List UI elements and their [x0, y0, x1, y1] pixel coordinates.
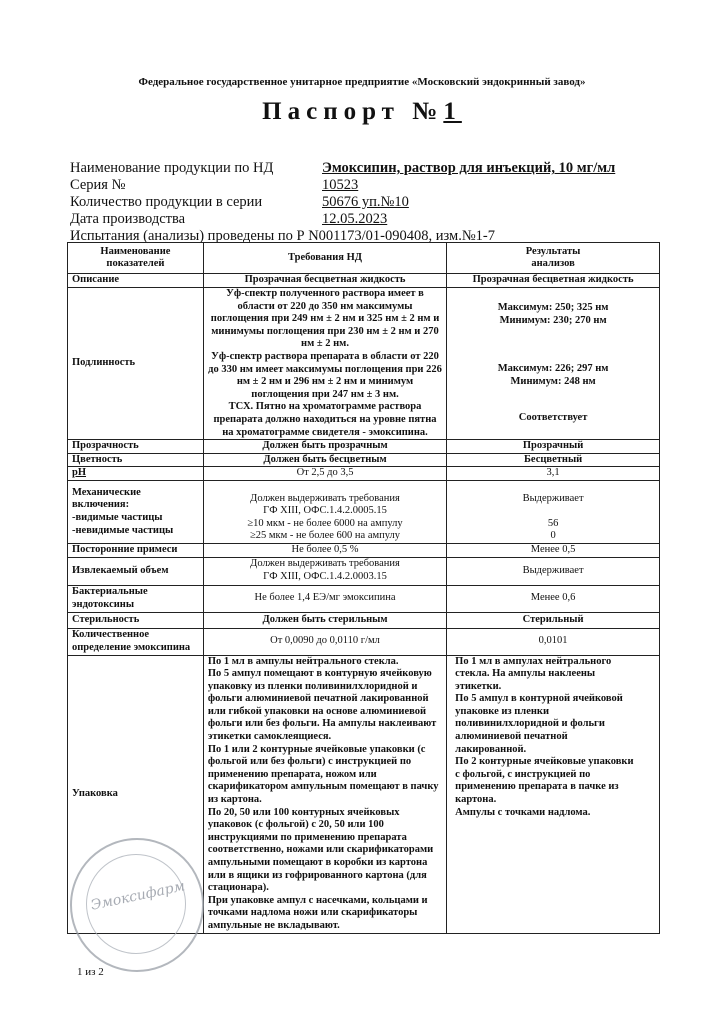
date-label: Дата производства — [70, 211, 322, 228]
table-row: Количественное определение эмоксипина От… — [68, 628, 660, 655]
row-requirement: Должен выдерживать требования ГФ XIII, О… — [203, 480, 446, 543]
result-10um: 56 — [451, 518, 655, 531]
row-requirement: От 0,0090 до 0,0110 г/мл — [203, 628, 446, 655]
result-uv-2-max: Максимум: 226; 297 нм — [451, 363, 655, 376]
title-prefix: Паспорт № — [262, 98, 443, 125]
result-tlc: Соответствует — [451, 412, 655, 425]
row-requirement: От 2,5 до 3,5 — [203, 467, 446, 481]
row-result: Стерильный — [447, 612, 660, 628]
result-visible: Выдерживает — [451, 493, 655, 506]
requirement-tlc: ТСХ. Пятно на хроматограмме раствора пре… — [208, 401, 442, 439]
result-uv-1-min: Минимум: 230; 270 нм — [451, 315, 655, 328]
packaging-req-4: По 20, 50 или 100 контурных ячейковых уп… — [208, 807, 442, 895]
row-requirement: Должен быть бесцветным — [203, 453, 446, 467]
row-result: Менее 0,6 — [447, 585, 660, 612]
row-name: Бактериальные эндотоксины — [68, 585, 204, 612]
requirement-uv-2: Уф-спектр раствора препарата в области о… — [208, 351, 442, 401]
packaging-res-2: По 5 ампул в контурной ячейковой упаковк… — [455, 693, 639, 756]
name-line: эндотоксины — [72, 599, 199, 612]
row-name: Подлинность — [68, 288, 204, 440]
name-line: Бактериальные — [72, 586, 199, 599]
series-value: 10523 — [322, 177, 358, 194]
requirement-line: ≥25 мкм - не более 600 на ампулу — [208, 530, 442, 543]
company-stamp: Эмоксифарм — [70, 838, 204, 972]
title-number: 1 — [443, 98, 462, 125]
row-requirement: Должен быть прозрачным — [203, 440, 446, 454]
requirement-line: ГФ XIII, ОФС.1.4.2.0005.15 — [208, 505, 442, 518]
packaging-req-2: По 5 ампул помещают в контурную ячейкову… — [208, 668, 442, 744]
row-name: Прозрачность — [68, 440, 204, 454]
table-header-row: Наименование показателей Требования НД Р… — [68, 243, 660, 274]
row-name: Цветность — [68, 453, 204, 467]
packaging-req-3: По 1 или 2 контурные ячейковые упаковки … — [208, 744, 442, 807]
row-name: Стерильность — [68, 612, 204, 628]
quantity-value: 50676 уп.№10 — [322, 194, 409, 211]
table-row: Подлинность Уф-спектр полученного раство… — [68, 288, 660, 440]
result-uv-1-max: Максимум: 250; 325 нм — [451, 302, 655, 315]
table-row: Прозрачность Должен быть прозрачным Проз… — [68, 440, 660, 454]
meta-row-product: Наименование продукции по НД Эмоксипин, … — [70, 160, 670, 177]
row-name: Описание — [68, 274, 204, 288]
table-row: pH От 2,5 до 3,5 3,1 — [68, 467, 660, 481]
packaging-res-3: По 2 контурные ячейковые упаковки с фоль… — [455, 756, 639, 806]
row-name: Механические включения: -видимые частицы… — [68, 480, 204, 543]
requirement-line: ГФ XIII, ОФС.1.4.2.0003.15 — [208, 571, 442, 584]
row-result: Прозрачный — [447, 440, 660, 454]
row-requirement: Должен быть стерильным — [203, 612, 446, 628]
header-indicator: Наименование показателей — [68, 243, 204, 274]
row-name: Посторонние примеси — [68, 543, 204, 557]
table-row: Посторонние примеси Не более 0,5 % Менее… — [68, 543, 660, 557]
row-result: Менее 0,5 — [447, 543, 660, 557]
quantity-label: Количество продукции в серии — [70, 194, 322, 211]
row-result: Бесцветный — [447, 453, 660, 467]
name-line: Количественное — [72, 629, 199, 642]
product-value: Эмоксипин, раствор для инъекций, 10 мг/м… — [322, 160, 615, 177]
row-requirement: Уф-спектр полученного раствора имеет в о… — [203, 288, 446, 440]
table-row: Описание Прозрачная бесцветная жидкость … — [68, 274, 660, 288]
result-uv-2-min: Минимум: 248 нм — [451, 376, 655, 389]
name-line: Механические — [72, 487, 199, 500]
row-result: Максимум: 250; 325 нм Минимум: 230; 270 … — [447, 288, 660, 440]
table-row: Цветность Должен быть бесцветным Бесцвет… — [68, 453, 660, 467]
series-label: Серия № — [70, 177, 322, 194]
row-name: Количественное определение эмоксипина — [68, 628, 204, 655]
header-requirements: Требования НД — [203, 243, 446, 274]
meta-row-quantity: Количество продукции в серии 50676 уп.№1… — [70, 194, 670, 211]
requirement-uv-1: Уф-спектр полученного раствора имеет в о… — [208, 288, 442, 351]
organization-name: Федеральное государственное унитарное пр… — [0, 76, 724, 88]
row-requirement: Должен выдерживать требования ГФ XIII, О… — [203, 557, 446, 585]
table-row: Стерильность Должен быть стерильным Стер… — [68, 612, 660, 628]
row-requirement: Не более 0,5 % — [203, 543, 446, 557]
row-result: Выдерживает 56 0 — [447, 480, 660, 543]
date-value: 12.05.2023 — [322, 211, 387, 228]
row-result: Прозрачная бесцветная жидкость — [447, 274, 660, 288]
packaging-res-1: По 1 мл в ампулах нейтрального стекла. Н… — [455, 656, 639, 694]
meta-row-date: Дата производства 12.05.2023 — [70, 211, 670, 228]
specification-table: Наименование показателей Требования НД Р… — [67, 242, 660, 934]
row-requirement: Не более 1,4 ЕЭ/мг эмоксипина — [203, 585, 446, 612]
packaging-req-5: При упаковке ампул с насечками, кольцами… — [208, 895, 442, 933]
name-line: определение эмоксипина — [72, 642, 199, 655]
table-row: Извлекаемый объем Должен выдерживать тре… — [68, 557, 660, 585]
name-line: включения: — [72, 499, 199, 512]
row-requirement: Прозрачная бесцветная жидкость — [203, 274, 446, 288]
row-requirement: По 1 мл в ампулы нейтрального стекла. По… — [203, 655, 446, 933]
requirement-line: Должен выдерживать требования — [208, 493, 442, 506]
row-result: По 1 мл в ампулах нейтрального стекла. Н… — [447, 655, 660, 933]
row-result: 3,1 — [447, 467, 660, 481]
row-result: Выдерживает — [447, 557, 660, 585]
document-title: Паспорт №1 — [0, 98, 724, 126]
packaging-req-1: По 1 мл в ампулы нейтрального стекла. — [208, 656, 442, 669]
name-line: -невидимые частицы — [72, 525, 199, 538]
page-number: 1 из 2 — [77, 966, 104, 978]
row-result: 0,0101 — [447, 628, 660, 655]
requirement-line: Должен выдерживать требования — [208, 558, 442, 571]
meta-row-series: Серия № 10523 — [70, 177, 670, 194]
row-name: Извлекаемый объем — [68, 557, 204, 585]
packaging-res-4: Ампулы с точками надлома. — [455, 807, 639, 820]
product-meta: Наименование продукции по НД Эмоксипин, … — [70, 160, 670, 245]
product-label: Наименование продукции по НД — [70, 160, 322, 177]
table-row: Бактериальные эндотоксины Не более 1,4 Е… — [68, 585, 660, 612]
header-results: Результаты анализов — [447, 243, 660, 274]
name-line: -видимые частицы — [72, 512, 199, 525]
result-25um: 0 — [451, 530, 655, 543]
row-name: pH — [68, 467, 204, 481]
requirement-line: ≥10 мкм - не более 6000 на ампулу — [208, 518, 442, 531]
table-row: Механические включения: -видимые частицы… — [68, 480, 660, 543]
